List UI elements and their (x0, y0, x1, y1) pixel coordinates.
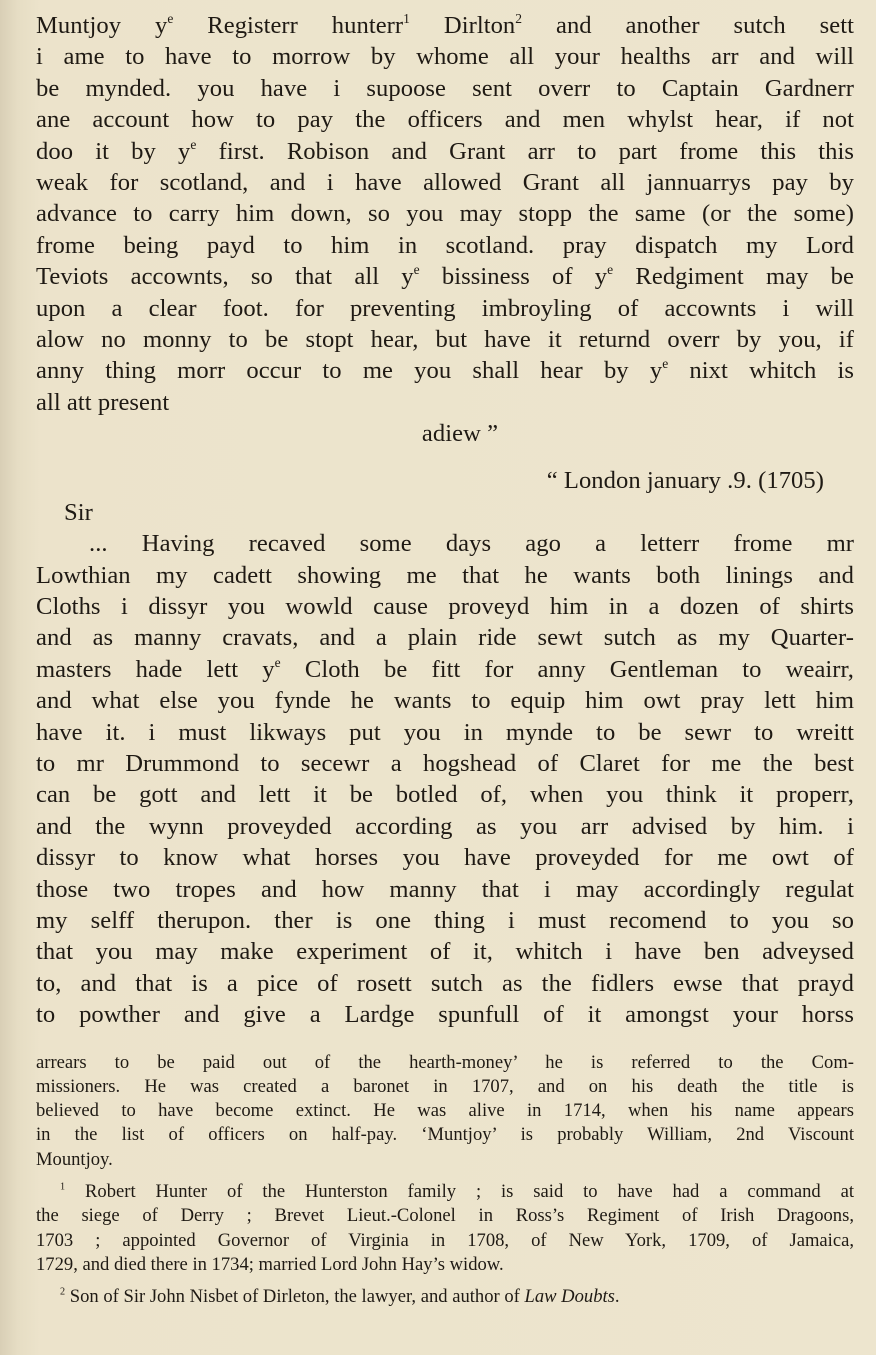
text-line: Muntjoy ye Registerr hunterr1 Dirlton2 a… (36, 10, 854, 41)
text-line: masters hade lett ye Cloth be fitt for a… (36, 654, 854, 685)
text-line: that you may make experiment of it, whit… (36, 936, 854, 967)
text-line: my selff therupon. ther is one thing i m… (36, 905, 854, 936)
text-line: can be gott and lett it be botled of, wh… (36, 779, 854, 810)
footnote-2: 2 Son of Sir John Nisbet of Dirleton, th… (36, 1285, 854, 1309)
text-line: be mynded. you have i supoose sent overr… (36, 73, 854, 104)
letter-closing: adiew ” (36, 418, 854, 449)
text-line: frome being payd to him in scotland. pra… (36, 230, 854, 261)
letter-continuation: Muntjoy ye Registerr hunterr1 Dirlton2 a… (36, 10, 854, 449)
book-title: Law Doubts (524, 1286, 614, 1307)
text-line: doo it by ye first. Robison and Grant ar… (36, 136, 854, 167)
text-line: to powther and give a Lardge spunfull of… (36, 999, 854, 1030)
text-line: alow no monny to be stopt hear, but have… (36, 324, 854, 355)
footnote-line: arrears to be paid out of the hearth-mon… (36, 1051, 854, 1075)
footnote-line: believed to have become extinct. He was … (36, 1099, 854, 1123)
text-line: Teviots accownts, so that all ye bissine… (36, 261, 854, 292)
footnote-line: Mountjoy. (36, 1148, 854, 1172)
text-line: and as manny cravats, and a plain ride s… (36, 622, 854, 653)
footnote-ref-1: 1 (403, 11, 410, 26)
text-line: upon a clear foot. for preventing imbroy… (36, 293, 854, 324)
letter-salutation: Sir (36, 497, 854, 528)
text-line: ... Having recaved some days ago a lette… (36, 528, 854, 559)
text-line: those two tropes and how manny that i ma… (36, 874, 854, 905)
letter-dateline: “ London january .9. (1705) (36, 465, 854, 496)
text-line: have it. i must likways put you in mynde… (36, 717, 854, 748)
text-line: to, and that is a pice of rosett sutch a… (36, 968, 854, 999)
footnote-line: in the list of officers on half-pay. ‘Mu… (36, 1123, 854, 1147)
footnote-line: 1729, and died there in 1734; married Lo… (36, 1253, 854, 1277)
text-line: advance to carry him down, so you may st… (36, 198, 854, 229)
book-page: Muntjoy ye Registerr hunterr1 Dirlton2 a… (36, 10, 854, 1309)
text-line: to mr Drummond to secewr a hogshead of C… (36, 748, 854, 779)
footnote-continued: arrears to be paid out of the hearth-mon… (36, 1051, 854, 1172)
text-line: i ame to have to morrow by whome all you… (36, 41, 854, 72)
footnote-line: 2 Son of Sir John Nisbet of Dirleton, th… (36, 1285, 854, 1309)
text-line: all att present (36, 387, 854, 418)
text-line: anny thing morr occur to me you shall he… (36, 355, 854, 386)
footnotes: arrears to be paid out of the hearth-mon… (36, 1051, 854, 1310)
text-line: Cloths i dissyr you wowld cause proveyd … (36, 591, 854, 622)
text-line: and the wynn proveyded according as you … (36, 811, 854, 842)
footnote-line: 1703 ; appointed Governor of Virginia in… (36, 1229, 854, 1253)
second-letter: “ London january .9. (1705) Sir ... Havi… (36, 465, 854, 1030)
text-line: dissyr to know what horses you have prov… (36, 842, 854, 873)
text-line: weak for scotland, and i have allowed Gr… (36, 167, 854, 198)
text-line: Lowthian my cadett showing me that he wa… (36, 560, 854, 591)
footnote-line: the siege of Derry ; Brevet Lieut.-Colon… (36, 1204, 854, 1228)
text-line: and what else you fynde he wants to equi… (36, 685, 854, 716)
footnote-line: 1 Robert Hunter of the Hunterston family… (36, 1180, 854, 1204)
footnote-1: 1 Robert Hunter of the Hunterston family… (36, 1180, 854, 1277)
footnote-line: missioners. He was created a baronet in … (36, 1075, 854, 1099)
text-line: ane account how to pay the officers and … (36, 104, 854, 135)
